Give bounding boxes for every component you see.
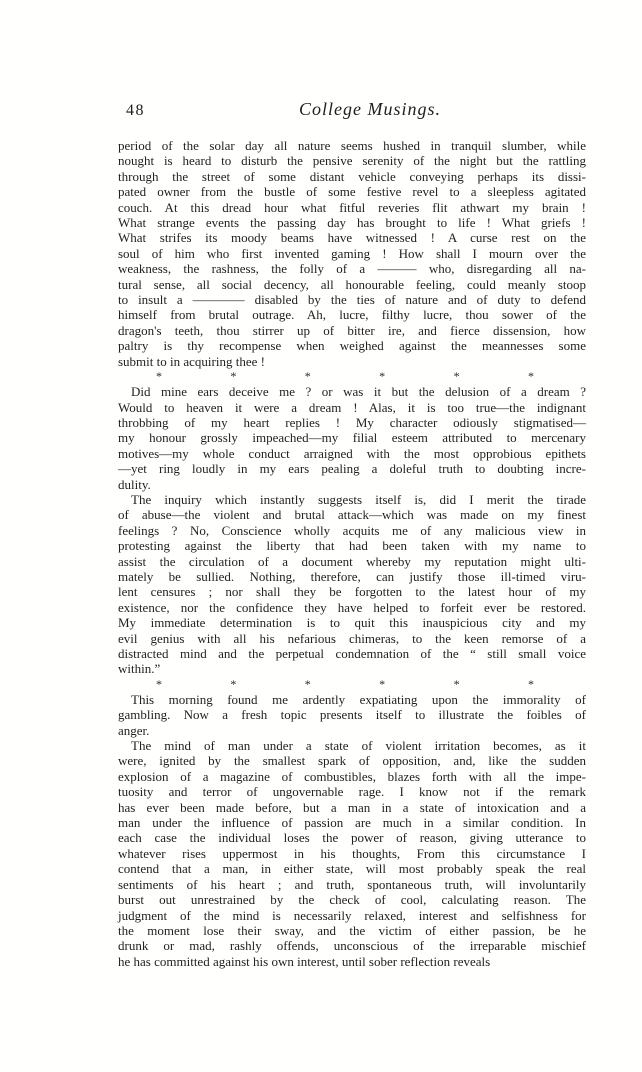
asterisk-icon: * — [305, 678, 311, 691]
asterisk-icon: * — [230, 370, 236, 383]
text-line: existence, nor the confidence they have … — [118, 600, 586, 615]
text-line: feelings ? No, Conscience wholly acquits… — [118, 523, 586, 538]
asterisk-icon: * — [379, 370, 385, 383]
asterisk-icon: * — [156, 370, 162, 383]
asterisk-separator: * * * * * * — [118, 369, 586, 384]
text-line: pated owner from the bustle of some fest… — [118, 184, 586, 199]
asterisk-icon: * — [454, 678, 460, 691]
asterisk-icon: * — [528, 678, 534, 691]
text-line: through the street of some distant vehic… — [118, 169, 586, 184]
paragraph: The inquiry which instantly suggests its… — [118, 492, 586, 677]
text-line: to insult a ———— disabled by the ties of… — [118, 292, 586, 307]
text-line: whatever rises uppermost in his thoughts… — [118, 846, 586, 861]
asterisk-icon: * — [528, 370, 534, 383]
text-line: he has committed against his own interes… — [118, 954, 586, 969]
text-line: mately be sullied. Nothing, therefore, c… — [118, 569, 586, 584]
text-line: man under the influence of passion are m… — [118, 815, 586, 830]
paragraph: The mind of man under a state of violent… — [118, 738, 586, 969]
paragraph: Did mine ears deceive me ? or was it but… — [118, 384, 586, 492]
text-line: tuosity and terror of ungovernable rage.… — [118, 784, 586, 799]
text-line: sentiments of his heart ; and truth, spo… — [118, 877, 586, 892]
text-line: of abuse—the violent and brutal attack—w… — [118, 507, 586, 522]
asterisk-separator: * * * * * * — [118, 677, 586, 692]
text-line: —yet ring loudly in my ears pealing a do… — [118, 461, 586, 476]
text-line: gambling. Now a fresh topic presents its… — [118, 707, 586, 722]
text-line: drunk or mad, rashly offends, unconsciou… — [118, 938, 586, 953]
text-line: the moment lose their sway, and the vict… — [118, 923, 586, 938]
text-line: contend that a man, in either state, wil… — [118, 861, 586, 876]
text-line: throbbing of my heart replies ! My chara… — [118, 415, 586, 430]
asterisk-icon: * — [454, 370, 460, 383]
text-line: my honour grossly impeached—my filial es… — [118, 430, 586, 445]
text-line: lent censures ; nor shall they be forgot… — [118, 584, 586, 599]
text-line: himself from brutal outrage. Ah, lucre, … — [118, 307, 586, 322]
text-line: motives—my whole conduct arraigned with … — [118, 446, 586, 461]
text-line: My immediate determination is to quit th… — [118, 615, 586, 630]
text-line: has ever been made before, but a man in … — [118, 800, 586, 815]
text-line: assist the circulation of a document whe… — [118, 554, 586, 569]
text-line: dragon's teeth, thou stirrer up of bitte… — [118, 323, 586, 338]
text-line: period of the solar day all nature seems… — [118, 138, 586, 153]
asterisk-icon: * — [156, 678, 162, 691]
text-line: within.” — [118, 661, 586, 676]
text-line: Did mine ears deceive me ? or was it but… — [118, 384, 586, 399]
asterisk-icon: * — [305, 370, 311, 383]
text-line: distracted mind and the perpetual condem… — [118, 646, 586, 661]
text-line: each case the individual loses the power… — [118, 830, 586, 845]
asterisk-icon: * — [230, 678, 236, 691]
running-title: College Musings. — [136, 99, 604, 120]
paragraph: This morning found me ardently expatiati… — [118, 692, 586, 738]
body-text: period of the solar day all nature seems… — [118, 138, 586, 969]
text-line: tural sense, all social decency, all hon… — [118, 277, 586, 292]
asterisk-icon: * — [379, 678, 385, 691]
text-line: explosion of a magazine of combustibles,… — [118, 769, 586, 784]
text-line: protesting against the liberty that had … — [118, 538, 586, 553]
text-line: Would to heaven it were a dream ! Alas, … — [118, 400, 586, 415]
scanned-book-page: 48 College Musings. period of the solar … — [0, 0, 642, 1072]
text-line: soul of him who first invented gaming ! … — [118, 246, 586, 261]
text-line: paltry is thy recompense when weighed ag… — [118, 338, 586, 353]
text-line: were, ignited by the smallest spark of o… — [118, 753, 586, 768]
text-line: weakness, the rashness, the folly of a —… — [118, 261, 586, 276]
text-line: judgment of the mind is necessarily rela… — [118, 908, 586, 923]
text-line: evil genius with all his nefarious chime… — [118, 631, 586, 646]
paragraph: period of the solar day all nature seems… — [118, 138, 586, 369]
text-line: What strange events the passing day has … — [118, 215, 586, 230]
text-line: What strifes its moody beams have witnes… — [118, 230, 586, 245]
text-line: couch. At this dread hour what fitful re… — [118, 200, 586, 215]
text-line: The mind of man under a state of violent… — [118, 738, 586, 753]
text-line: anger. — [118, 723, 586, 738]
text-line: submit to in acquiring thee ! — [118, 354, 586, 369]
text-line: The inquiry which instantly suggests its… — [118, 492, 586, 507]
text-line: burst out unrestrained by the check of c… — [118, 892, 586, 907]
text-line: dulity. — [118, 477, 586, 492]
text-line: nought is heard to disturb the pensive s… — [118, 153, 586, 168]
text-line: This morning found me ardently expatiati… — [118, 692, 586, 707]
